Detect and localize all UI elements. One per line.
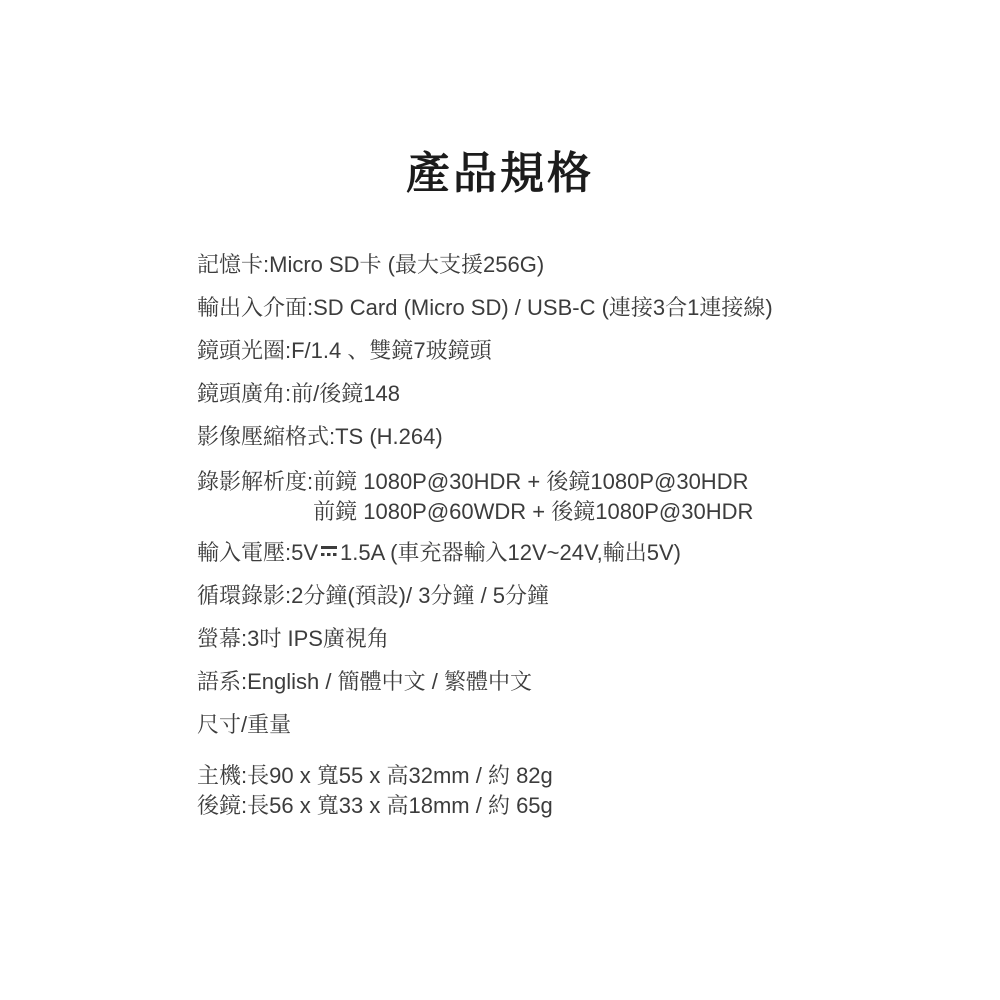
spec-languages: 語系:English / 簡體中文 / 繁體中文	[197, 669, 1000, 694]
resolution-label: 錄影解析度:	[197, 467, 313, 527]
spec-compression-format: 影像壓縮格式:TS (H.264)	[197, 424, 1000, 449]
spec-memory-card: 記憶卡:Micro SD卡 (最大支援256G)	[197, 252, 1000, 277]
spec-input-voltage: 輸入電壓:5V1.5A (車充器輸入12V~24V,輸出5V)	[197, 540, 1000, 565]
spec-io-interface: 輸出入介面:SD Card (Micro SD) / USB-C (連接3合1連…	[197, 295, 1000, 320]
spec-loop-recording: 循環錄影:2分鐘(預設)/ 3分鐘 / 5分鐘	[197, 583, 1000, 608]
spec-list: 記憶卡:Micro SD卡 (最大支援256G) 輸出入介面:SD Card (…	[197, 252, 1000, 821]
resolution-line-1: 前鏡 1080P@30HDR + 後鏡1080P@30HDR	[313, 467, 753, 497]
resolution-line-2: 前鏡 1080P@60WDR + 後鏡1080P@30HDR	[313, 497, 753, 527]
spec-main-unit: 主機:長90 x 寬55 x 高32mm / 約 82g	[197, 761, 1000, 791]
spec-lens-aperture: 鏡頭光圈:F/1.4 、雙鏡7玻鏡頭	[197, 338, 1000, 363]
product-spec-sheet: 產品規格 記憶卡:Micro SD卡 (最大支援256G) 輸出入介面:SD C…	[0, 0, 1000, 1000]
spec-screen: 螢幕:3吋 IPS廣視角	[197, 626, 1000, 651]
size-weight-heading: 尺寸/重量	[197, 712, 1000, 737]
spec-rear-lens: 後鏡:長56 x 寬33 x 高18mm / 約 65g	[197, 791, 1000, 821]
spec-lens-wide-angle: 鏡頭廣角:前/後鏡148	[197, 381, 1000, 406]
page-title: 產品規格	[0, 148, 1000, 200]
resolution-values: 前鏡 1080P@30HDR + 後鏡1080P@30HDR 前鏡 1080P@…	[313, 467, 753, 527]
spec-recording-resolution: 錄影解析度: 前鏡 1080P@30HDR + 後鏡1080P@30HDR 前鏡…	[197, 467, 1000, 527]
voltage-text-pre: 輸入電壓:5V	[197, 540, 318, 565]
dc-power-icon	[321, 546, 337, 556]
voltage-text-post: 1.5A (車充器輸入12V~24V,輸出5V)	[340, 540, 681, 565]
size-weight-values: 主機:長90 x 寬55 x 高32mm / 約 82g 後鏡:長56 x 寬3…	[197, 761, 1000, 821]
